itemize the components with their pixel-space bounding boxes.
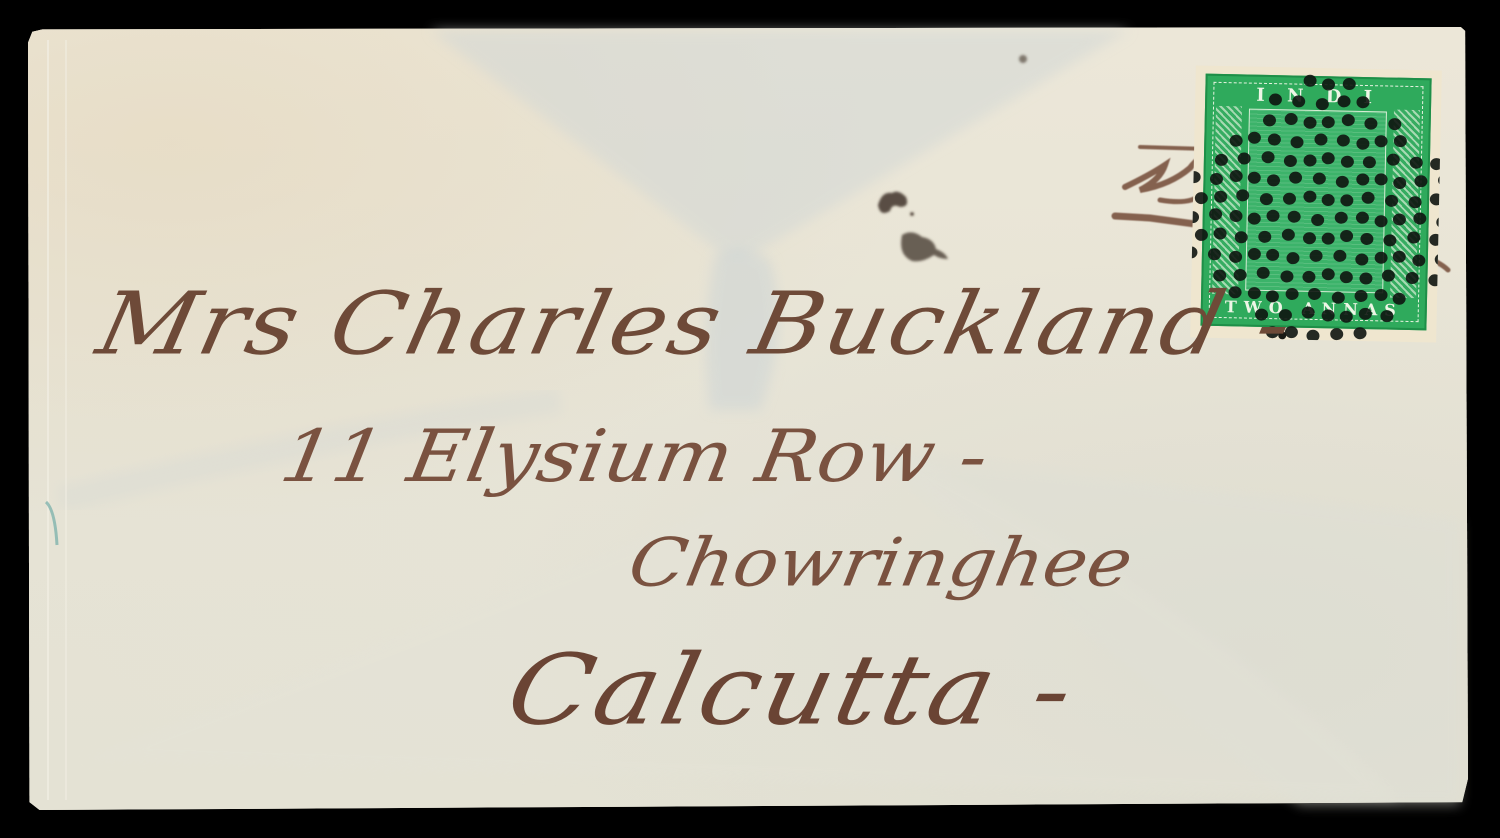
address-line-street: 11 Elysium Row - [275,415,995,499]
address-line-district: Chowringhee [623,524,1138,601]
address-line-city: Calcutta - [498,634,1086,747]
address-line-name: Mrs Charles Buckland - [89,274,1303,375]
